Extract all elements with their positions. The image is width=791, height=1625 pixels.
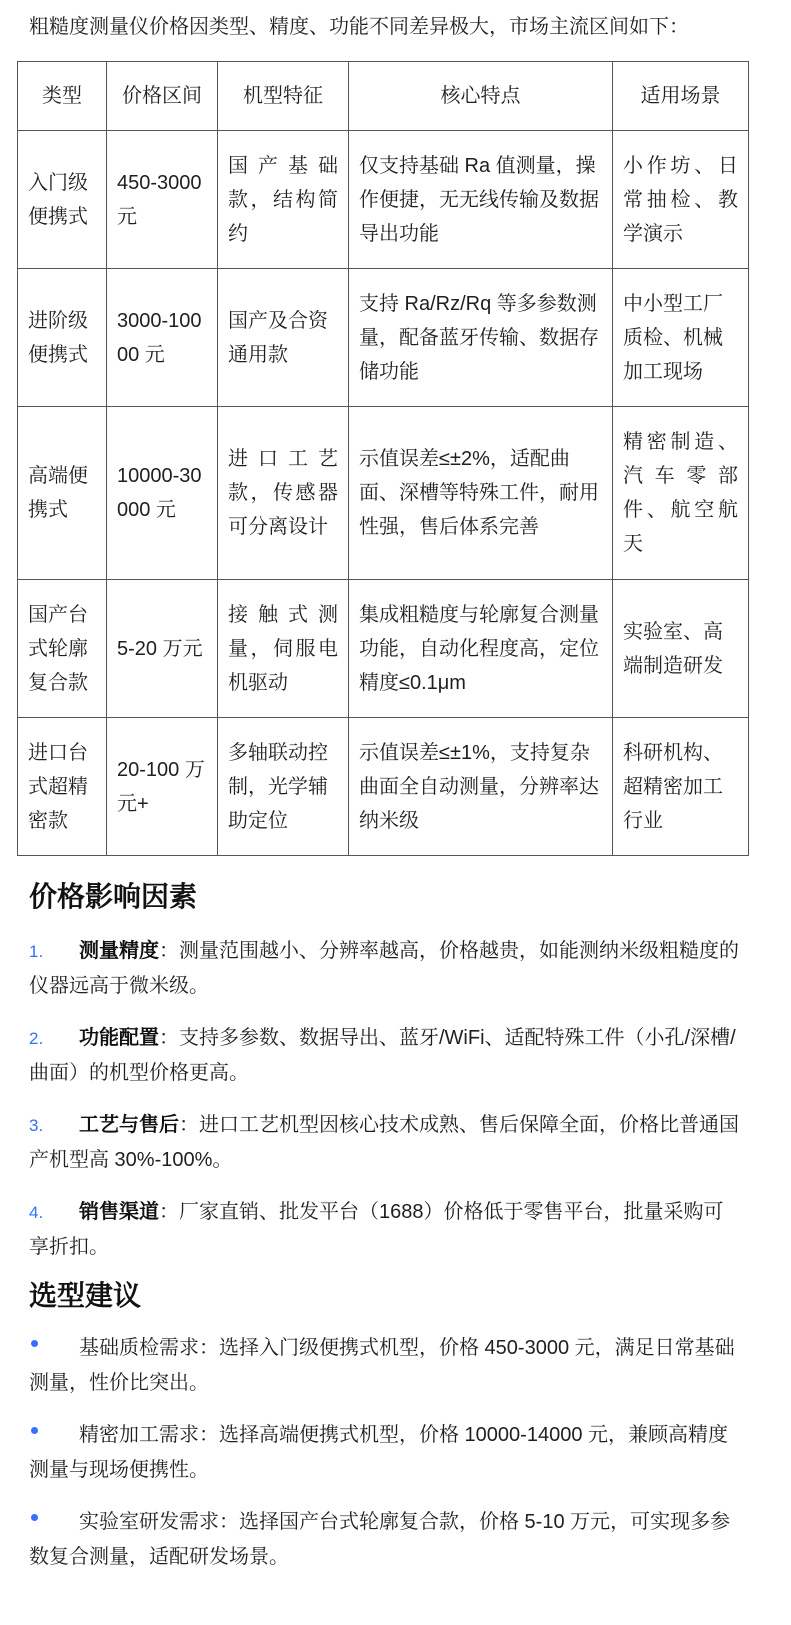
cell-price: 10000-30000 元 (107, 407, 218, 580)
section-title-price-factors: 价格影响因素 (29, 877, 197, 917)
cell-price: 3000-10000 元 (107, 269, 218, 407)
list-item: 精密加工需求：选择高端便携式机型，价格 10000-14000 元，兼顾高精度测… (29, 1418, 741, 1488)
header-core: 核心特点 (349, 62, 613, 131)
list-number: 4. (29, 1195, 79, 1230)
list-number: 2. (29, 1021, 79, 1056)
list-item: 基础质检需求：选择入门级便携式机型，价格 450-3000 元，满足日常基础测量… (29, 1331, 741, 1401)
cell-scenario: 小作坊、日常抽检、教学演示 (613, 131, 749, 269)
cell-core: 支持 Ra/Rz/Rq 等多参数测量，配备蓝牙传输、数据存储功能 (349, 269, 613, 407)
table-header-row: 类型 价格区间 机型特征 核心特点 适用场景 (18, 62, 749, 131)
table-row: 进阶级便携式 3000-10000 元 国产及合资通用款 支持 Ra/Rz/Rq… (18, 269, 749, 407)
table-row: 入门级便携式 450-3000 元 国产基础款，结构简约 仅支持基础 Ra 值测… (18, 131, 749, 269)
cell-core: 示值误差≤±2%，适配曲面、深槽等特殊工件，耐用性强，售后体系完善 (349, 407, 613, 580)
selection-advice-list: 基础质检需求：选择入门级便携式机型，价格 450-3000 元，满足日常基础测量… (29, 1331, 741, 1592)
cell-type: 国产台式轮廓复合款 (18, 580, 107, 718)
cell-scenario: 中小型工厂质检、机械加工现场 (613, 269, 749, 407)
header-price: 价格区间 (107, 62, 218, 131)
price-factors-list: 1.测量精度：测量范围越小、分辨率越高，价格越贵，如能测纳米级粗糙度的仪器远高于… (29, 934, 741, 1282)
cell-price: 20-100 万元+ (107, 718, 218, 856)
cell-features: 多轴联动控制，光学辅助定位 (218, 718, 349, 856)
list-item: 1.测量精度：测量范围越小、分辨率越高，价格越贵，如能测纳米级粗糙度的仪器远高于… (29, 934, 741, 1004)
list-item-text: 实验室研发需求：选择国产台式轮廓复合款，价格 5-10 万元，可实现多参数复合测… (29, 1511, 730, 1568)
cell-scenario: 实验室、高端制造研发 (613, 580, 749, 718)
list-item: 3.工艺与售后：进口工艺机型因核心技术成熟、售后保障全面，价格比普通国产机型高 … (29, 1108, 741, 1178)
cell-price: 450-3000 元 (107, 131, 218, 269)
list-item-text: 基础质检需求：选择入门级便携式机型，价格 450-3000 元，满足日常基础测量… (29, 1337, 735, 1394)
cell-features: 接触式测量，伺服电机驱动 (218, 580, 349, 718)
cell-type: 进口台式超精密款 (18, 718, 107, 856)
list-item-term: 功能配置 (79, 1027, 159, 1049)
table-row: 高端便携式 10000-30000 元 进口工艺款，传感器可分离设计 示值误差≤… (18, 407, 749, 580)
cell-features: 进口工艺款，传感器可分离设计 (218, 407, 349, 580)
header-features: 机型特征 (218, 62, 349, 131)
list-number: 1. (29, 934, 79, 969)
cell-scenario: 精密制造、汽车零部件、航空航天 (613, 407, 749, 580)
list-item: 实验室研发需求：选择国产台式轮廓复合款，价格 5-10 万元，可实现多参数复合测… (29, 1505, 741, 1575)
cell-price: 5-20 万元 (107, 580, 218, 718)
table-row: 国产台式轮廓复合款 5-20 万元 接触式测量，伺服电机驱动 集成粗糙度与轮廓复… (18, 580, 749, 718)
cell-core: 仅支持基础 Ra 值测量，操作便捷，无无线传输及数据导出功能 (349, 131, 613, 269)
list-item: 2.功能配置：支持多参数、数据导出、蓝牙/WiFi、适配特殊工件（小孔/深槽/曲… (29, 1021, 741, 1091)
list-number: 3. (29, 1108, 79, 1143)
cell-features: 国产及合资通用款 (218, 269, 349, 407)
cell-type: 进阶级便携式 (18, 269, 107, 407)
cell-scenario: 科研机构、超精密加工行业 (613, 718, 749, 856)
list-item-text: 精密加工需求：选择高端便携式机型，价格 10000-14000 元，兼顾高精度测… (29, 1424, 728, 1481)
header-scenario: 适用场景 (613, 62, 749, 131)
header-type: 类型 (18, 62, 107, 131)
list-item: 4.销售渠道：厂家直销、批发平台（1688）价格低于零售平台，批量采购可享折扣。 (29, 1195, 741, 1265)
cell-type: 高端便携式 (18, 407, 107, 580)
section-title-selection-advice: 选型建议 (29, 1276, 141, 1316)
intro-text: 粗糙度测量仪价格因类型、精度、功能不同差异极大，市场主流区间如下： (29, 12, 689, 42)
list-item-term: 测量精度 (79, 940, 159, 962)
cell-features: 国产基础款，结构简约 (218, 131, 349, 269)
list-item-term: 工艺与售后 (79, 1114, 179, 1136)
price-range-table: 类型 价格区间 机型特征 核心特点 适用场景 入门级便携式 450-3000 元… (17, 61, 749, 856)
cell-type: 入门级便携式 (18, 131, 107, 269)
cell-core: 示值误差≤±1%，支持复杂曲面全自动测量，分辨率达纳米级 (349, 718, 613, 856)
cell-core: 集成粗糙度与轮廓复合测量功能，自动化程度高，定位精度≤0.1μm (349, 580, 613, 718)
list-item-term: 销售渠道 (79, 1201, 159, 1223)
table-row: 进口台式超精密款 20-100 万元+ 多轴联动控制，光学辅助定位 示值误差≤±… (18, 718, 749, 856)
